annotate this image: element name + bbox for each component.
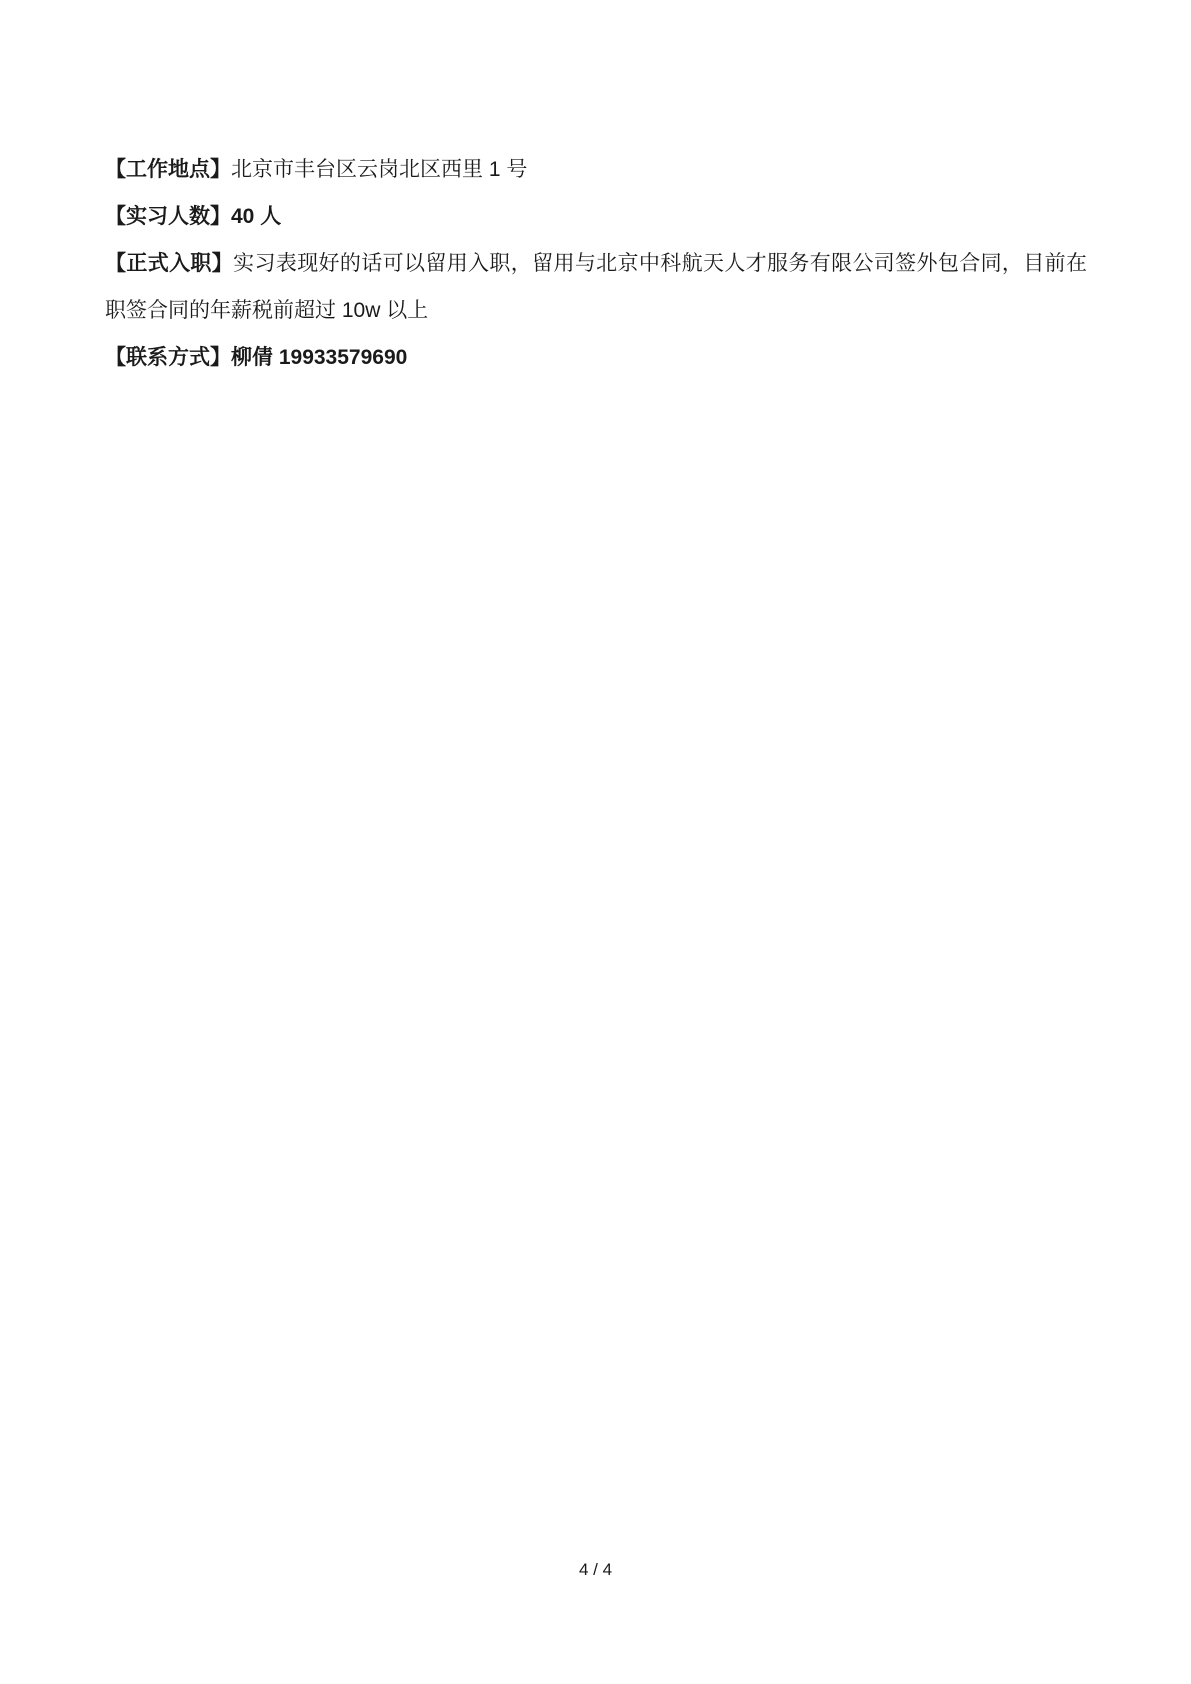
page-number: 4 / 4	[579, 1560, 612, 1579]
page-footer: 4 / 4	[0, 1558, 1191, 1582]
field-label-contact: 【联系方式】	[105, 346, 231, 369]
field-label-work-location: 【工作地点】	[105, 158, 231, 181]
field-contact: 【联系方式】柳倩 19933579690	[105, 334, 1087, 381]
document-page: 【工作地点】北京市丰台区云岗北区西里 1 号 【实习人数】40 人 【正式入职】…	[0, 0, 1191, 1684]
field-value-intern-count: 40 人	[231, 205, 281, 228]
field-value-formal-employment: 实习表现好的话可以留用入职，留用与北京中科航天人才服务有限公司签外包合同，目前在…	[105, 252, 1087, 322]
field-label-formal-employment: 【正式入职】	[105, 252, 233, 275]
document-content: 【工作地点】北京市丰台区云岗北区西里 1 号 【实习人数】40 人 【正式入职】…	[105, 146, 1087, 381]
field-value-contact: 柳倩 19933579690	[231, 346, 407, 369]
field-intern-count: 【实习人数】40 人	[105, 193, 1087, 240]
field-work-location: 【工作地点】北京市丰台区云岗北区西里 1 号	[105, 146, 1087, 193]
field-value-work-location: 北京市丰台区云岗北区西里 1 号	[231, 158, 527, 181]
field-label-intern-count: 【实习人数】	[105, 205, 231, 228]
field-formal-employment: 【正式入职】实习表现好的话可以留用入职，留用与北京中科航天人才服务有限公司签外包…	[105, 240, 1087, 334]
